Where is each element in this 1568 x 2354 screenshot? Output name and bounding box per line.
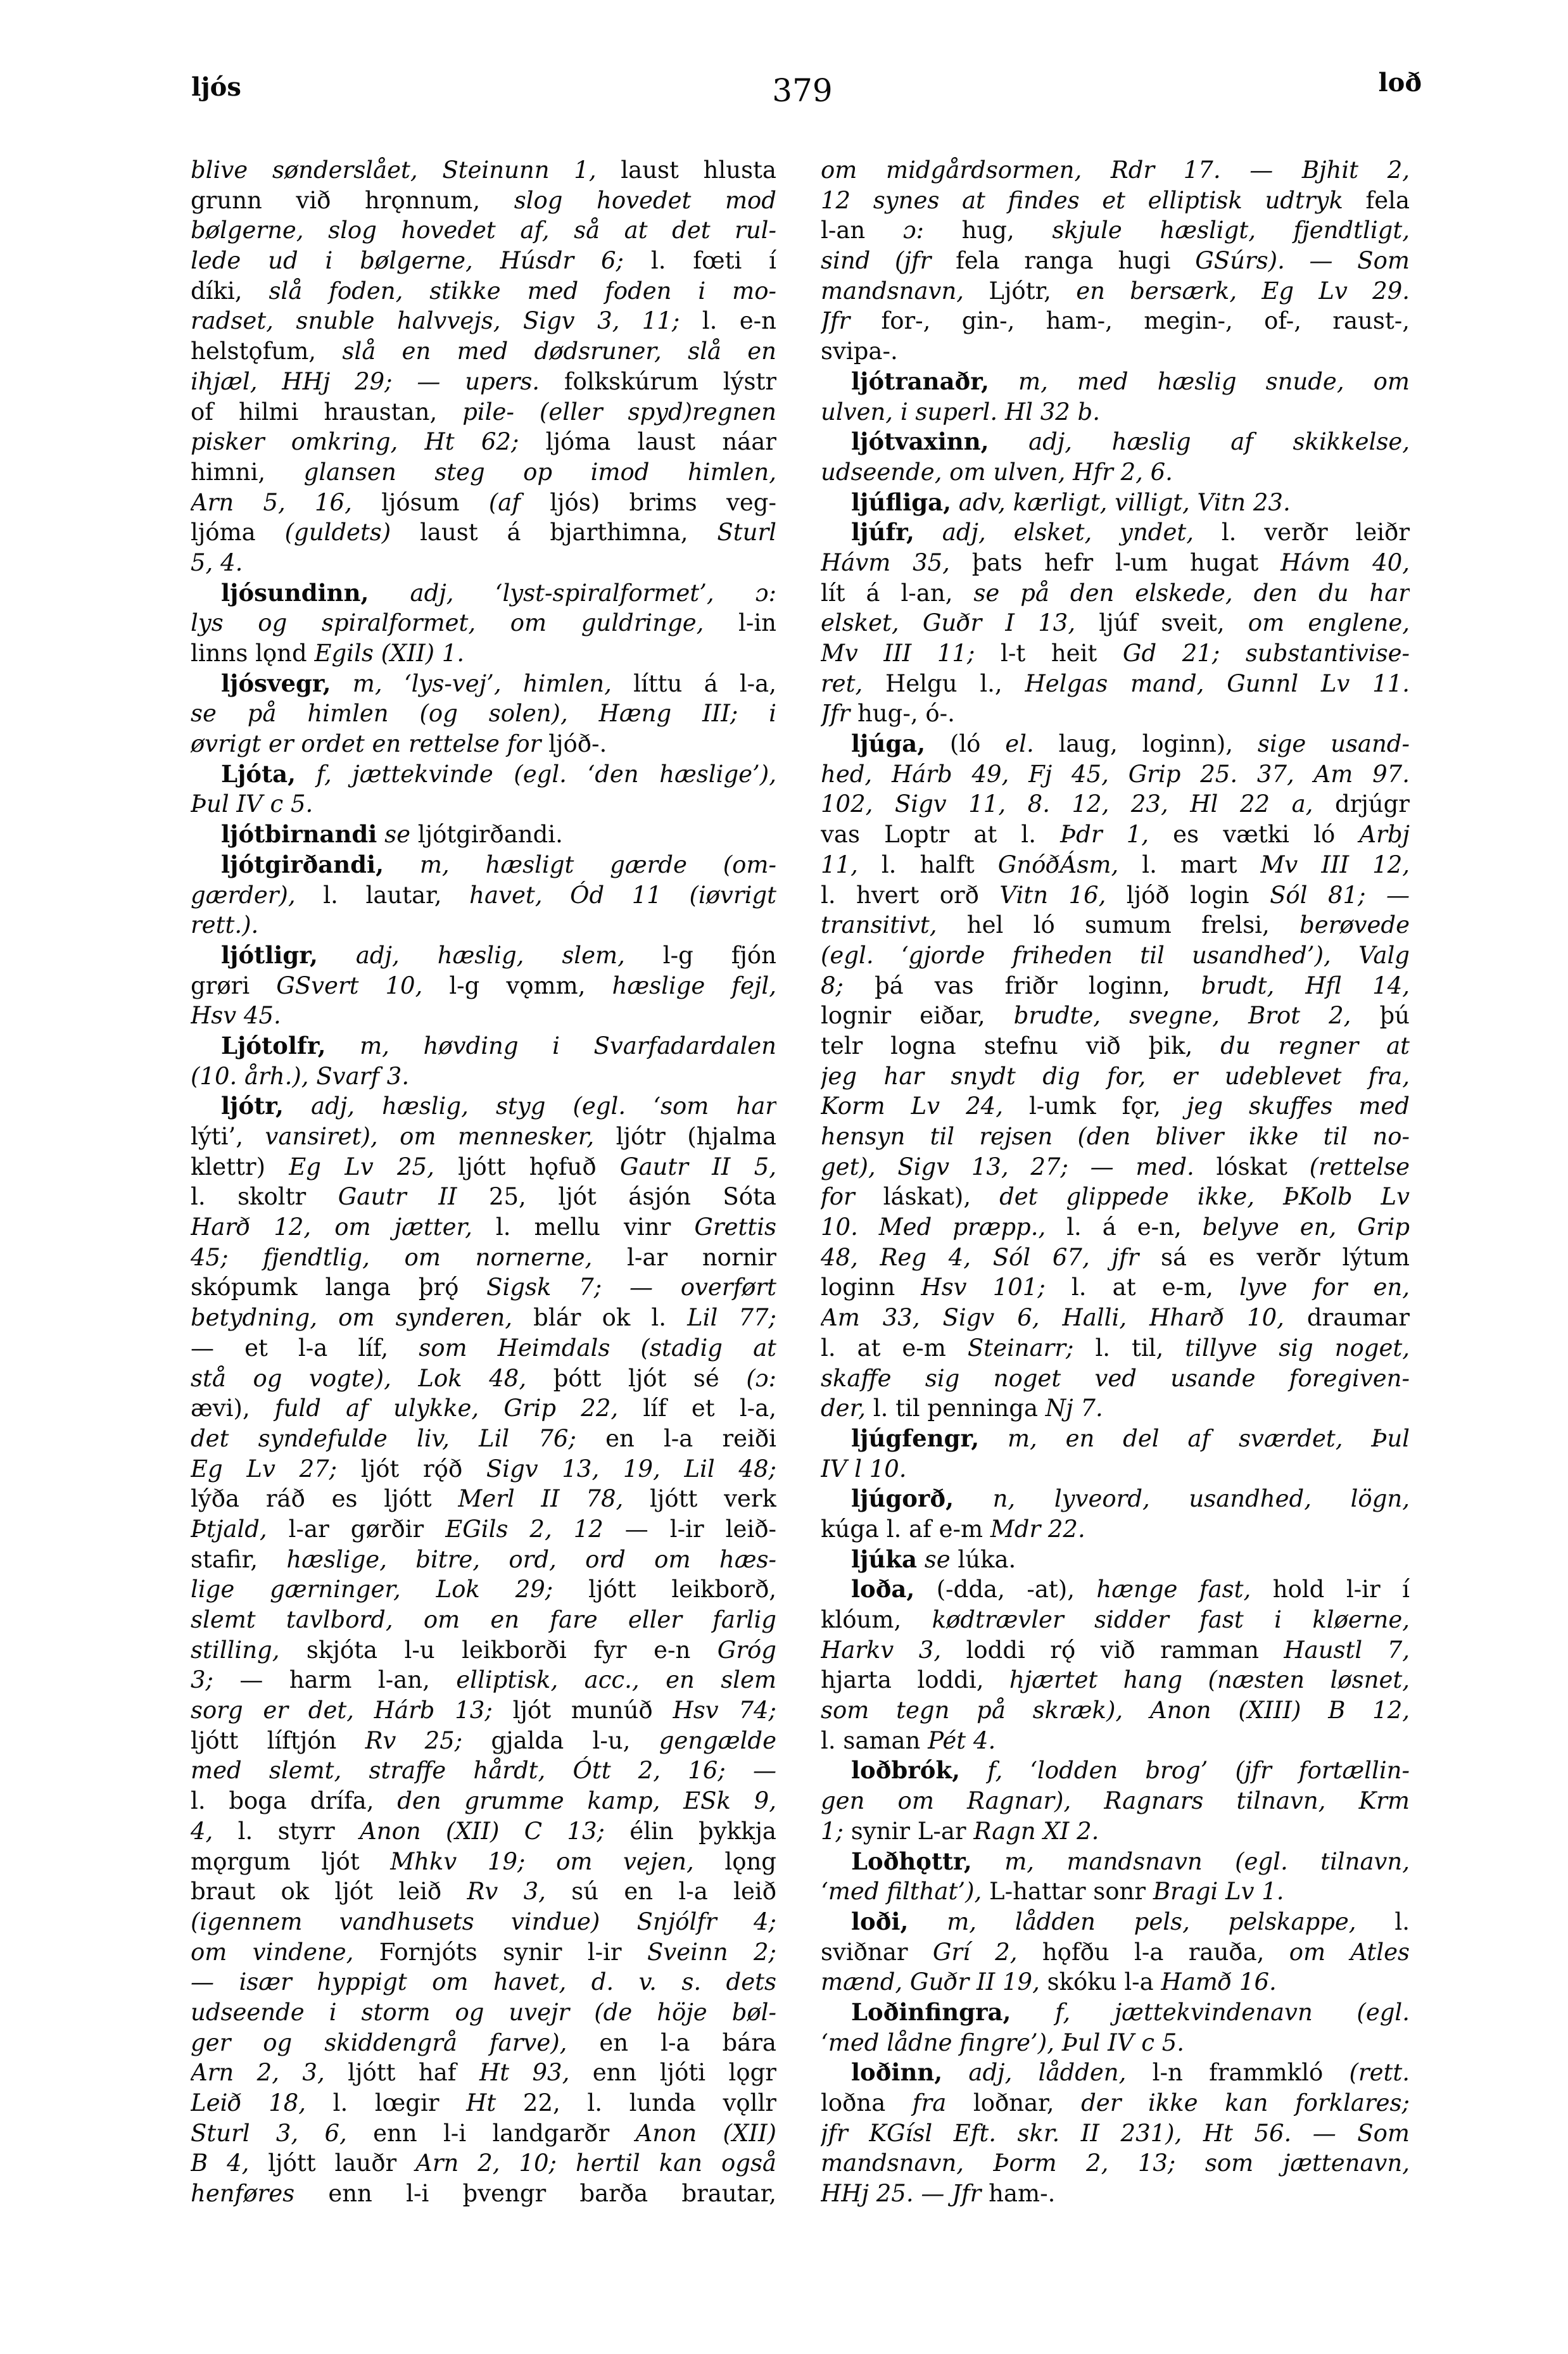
text-line: hed, Hárb 49, Fj 45, Grip 25. 37, Am 97. [821,759,1410,790]
italic-text: hænge fast, [1096,1576,1251,1603]
italic-text: sind (jfr [821,247,931,274]
text-line: Hsv 45. [191,1001,776,1031]
italic-text: slog hovedet mod [514,187,776,214]
headword: ljótvaxinn, [851,427,989,455]
roman-text: ljótt hǫfuð [434,1153,620,1180]
italic-text: hensyn til rejsen (den bliver ikke til n… [821,1123,1410,1150]
roman-text: of hilmi hraustan, [191,398,462,426]
italic-text: m, hæsligt gærde (om- [420,851,776,878]
text-line: 5, 4. [191,548,776,578]
roman-text: ljúf sveit, [1075,609,1248,636]
text-line: Arn 2, 3, ljótt haf Ht 93, enn ljóti lǫg… [191,2058,776,2088]
italic-text: m, høvding i Svarfadardalen [360,1032,776,1060]
roman-text: ljós) brims veg- [521,489,776,516]
italic-text: som Heimdals (stadig at [419,1334,776,1362]
roman-text: 22, l. lunda vǫllr [496,2089,776,2117]
italic-text: slå en med dødsruner, slå en [342,338,776,365]
italic-text: om englene, [1248,609,1410,636]
text-line: l. hvert orð Vitn 16, ljóð login Sól 81;… [821,880,1410,911]
text-line: B 4, ljótt lauðr Arn 2, 10; hertil kan o… [191,2148,776,2179]
roman-text: l-an [821,217,903,244]
italic-text: transitivt, [821,911,937,939]
roman-text: Ljótr, [964,277,1076,305]
text-line: udseende i storm og uvejr (de höje bøl- [191,1997,776,2028]
roman-text: l. e-n [680,307,776,334]
italic-text: Hsv 101; [921,1274,1045,1301]
italic-text: 11, [821,851,858,878]
italic-text: (egl. ‘gjorde friheden til usandhed’), V… [821,942,1410,969]
text-line: grøri GSvert 10, l-g vǫmm, hæslige fejl, [191,971,776,1001]
dictionary-entry: ljótgirðandi, m, hæsligt gærde (om-gærde… [191,850,776,940]
text-line: øvrigt er ordet en rettelse for ljóð-. [191,729,776,759]
text-line: Þtjald, l-ar gørðir EGils 2, 12 — l-ir l… [191,1514,776,1545]
roman-text: en l-a reiði [576,1425,776,1452]
roman-text: þats hefr l-um hugat [950,549,1280,576]
italic-text: fuld af ulykke, Grip 22, [275,1395,618,1422]
headword: ljósvegr, [221,669,331,697]
text-line: vas Loptr at l. Þdr 1, es vætki ló Arbj [821,819,1410,850]
roman-text: (ló [925,730,1005,757]
headword: ljótr, [221,1092,284,1120]
roman-text: ljótt leikborð, [553,1576,776,1603]
roman-text: ljótt líftjón [191,1727,365,1754]
italic-text: Arn 2, 10; hertil kan også [415,2149,776,2177]
roman-text [954,1485,993,1512]
text-line: (10. årh.), Svarf 3. [191,1061,776,1092]
italic-text: el. [1005,730,1034,757]
text-line: henføres enn l-i þvengr barða brautar, [191,2179,776,2209]
roman-text: draumar [1284,1304,1410,1331]
roman-text: Helgu l., [863,670,1025,697]
dictionary-entry: loði, m, lådden pels, pelskappe, l.sviðn… [821,1907,1410,1997]
italic-text: adv, kærligt, villigt, Vitn 23. [959,489,1291,516]
italic-text: stå og vogte), Lok 48, [191,1365,526,1392]
roman-text: hǫfðu l-a rauða, [1018,1939,1289,1966]
text-line: skópumk langa þrǫ́ Sigsk 7; — overført [191,1272,776,1303]
text-line: stafir, hæslige, bitre, ord, ord om hæs- [191,1545,776,1575]
roman-text: Fornjóts synir l-ir [353,1939,647,1966]
headword: Ljóta, [221,760,296,788]
roman-text: linns lǫnd [191,640,314,667]
roman-text: l. lœgir [306,2089,466,2117]
roman-text: lǫng [694,1848,776,1875]
italic-text: Arn 2, 3, [191,2059,325,2086]
italic-text: B 4, [191,2149,249,2177]
italic-text: Grí 2, [933,1939,1018,1966]
italic-text: se [384,821,410,848]
roman-text: sá es verðr lýtum [1139,1244,1410,1271]
italic-text: jeg har snydt dig for, er udeblevet fra, [821,1063,1410,1090]
italic-text: Hsv 45. [191,1002,281,1029]
roman-text: braut ok ljót leið [191,1878,467,1905]
italic-text: — især hyppigt om havet, d. v. s. dets [191,1968,776,1996]
italic-text: brudt, Hfl 14, [1201,972,1410,999]
dictionary-entry: ljósvegr, m, ‘lys-vej’, himlen, líttu á … [191,669,776,759]
roman-text [989,368,1018,395]
italic-text: (10. årh.), Svarf 3. [191,1063,409,1090]
italic-text: Merl II 78, [458,1485,623,1512]
dictionary-entry: Ljótolfr, m, høvding i Svarfadardalen(10… [191,1031,776,1091]
italic-text: elliptisk, acc., en slem [456,1666,776,1693]
text-line: Loðhǫttr, m, mandsnavn (egl. tilnavn, [821,1847,1410,1877]
italic-text: adj, hæslig, slem, [356,942,625,969]
italic-text: brudte, svegne, Brot 2, [1014,1002,1351,1029]
text-line: ljótligr, adj, hæslig, slem, l-g fjón [191,940,776,971]
italic-text: gen om Ragnar), Ragnars tilnavn, Krm [821,1787,1410,1814]
roman-text: ljóma laust náar [519,428,776,455]
italic-text: den grumme kamp, ESk 9, [397,1787,776,1814]
headword: ljúfr, [851,518,914,546]
italic-text: hjærtet hang (næsten løsnet, [1009,1666,1410,1693]
italic-text: Anon (XII) C 13; [360,1818,605,1845]
italic-text: blive sønderslået, Steinunn 1, [191,156,597,184]
roman-text [972,1848,1004,1875]
text-line: for láskat), det glippede ikke, ÞKolb Lv [821,1182,1410,1212]
italic-text: m, en del af sværdet, Þul [1008,1425,1410,1452]
roman-text: — harm l-an, [213,1666,456,1693]
text-line: Leið 18, l. lœgir Ht 22, l. lunda vǫllr [191,2088,776,2118]
italic-text: lys og spiralformet, om guldringe, [191,609,704,636]
roman-text: skópumk langa þrǫ́ [191,1274,486,1301]
text-line: rett.). [191,910,776,940]
roman-text: ljótt lauðr [249,2149,415,2177]
roman-text: l-in [704,609,776,636]
roman-text [296,761,317,788]
text-line: ljúga, (ló el. laug, loginn), sige usand… [821,729,1410,759]
text-line: 1; synir L-ar Ragn XI 2. [821,1816,1410,1847]
text-line: (igennem vandhusets vindue) Snjólfr 4; [191,1907,776,1937]
roman-text: l. fœti í [624,247,776,274]
text-line: loðbrók, f, ‘lodden brog’ (jfr fortællin… [821,1756,1410,1786]
text-line: Jfr for-, gin-, ham-, megin-, of-, raust… [821,306,1410,336]
dictionary-entry: loðbrók, f, ‘lodden brog’ (jfr fortællin… [821,1756,1410,1846]
roman-text: himni, [191,459,304,486]
roman-text: ljótt haf [325,2059,479,2086]
roman-text: svipa-. [821,338,898,365]
italic-text: ‘med lådne fingre’), Þul IV c 5. [821,2029,1184,2056]
italic-text: henføres [191,2180,294,2207]
roman-text [917,1546,925,1573]
text-line: pisker omkring, Ht 62; ljóma laust náar [191,427,776,457]
roman-text: l. lautar, [296,882,470,909]
text-line: lede ud i bølgerne, Húsdr 6; l. fœti í [191,246,776,276]
text-line: loðinn, adj, lådden, l-n frammkló (rett. [821,2058,1410,2088]
italic-text: ‘med filthat’), [821,1878,982,1905]
italic-text: Jfr [821,307,850,334]
text-line: ihjæl, HHj 29; — upers. folkskúrum lýstr [191,367,776,397]
text-line: Ljótolfr, m, høvding i Svarfadardalen [191,1031,776,1061]
roman-text: es vætki ló [1149,821,1359,848]
italic-text: øvrigt er ordet en rettelse for [191,730,541,757]
dictionary-entry: ljótvaxinn, adj, hæslig af skikkelse,uds… [821,427,1410,487]
italic-text: 48, Reg 4, Sól 67, jfr [821,1244,1139,1271]
italic-text: Pét 4. [928,1727,996,1754]
roman-text: vas Loptr at l. [821,821,1060,848]
italic-text: Sigsk 7; — overført [486,1274,776,1301]
italic-text: elsket, Guðr I 13, [821,609,1075,636]
italic-text: om midgårdsormen, Rdr 17. — Bjhit 2, [821,156,1410,184]
headword: ljótgirðandi, [221,851,384,878]
italic-text: ɔ: [903,217,924,244]
italic-text: Egils (XII) 1. [314,640,464,667]
headword: ljúka [851,1545,917,1573]
italic-text: der, [821,1395,866,1422]
text-line: ljótt líftjón Rv 25; gjalda l-u, gengæld… [191,1726,776,1756]
italic-text: n, lyveord, usandhed, lögn, [993,1485,1410,1512]
italic-text: betydning, om synderen, [191,1304,512,1331]
text-line: Hávm 35, þats hefr l-um hugat Hávm 40, [821,548,1410,578]
italic-text: mandsnavn, [821,277,964,305]
page-number: 379 [739,75,866,106]
text-line: ævi), fuld af ulykke, Grip 22, líf et l-… [191,1393,776,1424]
italic-text: Hamð 16. [1161,1968,1276,1996]
text-line: 45; fjendtlig, om nornerne, l-ar nornir [191,1243,776,1273]
italic-text: get), Sigv 13, 27; — med. [821,1153,1194,1180]
text-line: 8; þá vas friðr loginn, brudt, Hfl 14, [821,971,1410,1001]
text-line: ljósundinn, adj, ‘lyst-spiralformet’, ɔ: [191,578,776,609]
dictionary-entry: Ljóta, f, jættekvinde (egl. ‘den hæslige… [191,759,776,819]
headword: Loðhǫttr, [851,1847,972,1875]
italic-text: Hsv 74; [673,1697,777,1724]
italic-text: Gautr II [338,1183,457,1210]
headword: ljótranaðr, [851,367,989,395]
roman-text [377,821,384,848]
roman-text [942,2059,968,2086]
italic-text: Sól 81; — [1270,882,1410,909]
italic-text: Helgas mand, Gunnl Lv 11. [1025,670,1410,697]
italic-text: Harð 12, om jætter, [191,1213,472,1241]
text-line: ljótgirðandi, m, hæsligt gærde (om- [191,850,776,880]
text-line: ger og skiddengrå farve), en l-a bára [191,2028,776,2058]
roman-text [326,1032,360,1060]
italic-text: jfr KGísl Eft. skr. II 231), Ht 56. — So… [821,2120,1410,2147]
italic-text: se på himlen (og solen), Hæng III; i [191,700,776,727]
headword: loðinn, [851,2058,942,2086]
roman-text: ljótt verk [623,1485,776,1512]
text-line: jfr KGísl Eft. skr. II 231), Ht 56. — So… [821,2118,1410,2149]
italic-text: Hávm 40, [1280,549,1410,576]
italic-text: hed, Hárb 49, Fj 45, Grip 25. 37, Am 97. [821,761,1410,788]
roman-text: l. mart [1118,851,1260,878]
italic-text: Eg Lv 27; [191,1455,337,1483]
dictionary-entry: Loðhǫttr, m, mandsnavn (egl. tilnavn,‘me… [821,1847,1410,1907]
roman-text: ljóma [191,519,285,546]
italic-text: 45; fjendtlig, om nornerne, [191,1244,592,1271]
text-line: l-an ɔ: hug, skjule hæsligt, fjendtligt, [821,215,1410,246]
italic-text: Gróg [718,1636,776,1664]
italic-text: havet, Ód 11 (iøvrigt [469,882,776,909]
italic-text: gengælde [659,1727,776,1754]
left-guideword: ljós [191,75,241,100]
roman-text: l. saman [821,1727,928,1754]
italic-text: for [821,1183,855,1210]
text-line: stilling, skjóta l-u leikborði fyr e-n G… [191,1635,776,1666]
italic-text: EGils 2, 12 [445,1516,604,1543]
italic-text: 12 synes at findes et elliptisk udtryk [821,187,1343,214]
text-line: sind (jfr fela ranga hugi GSúrs). — Som [821,246,1410,276]
text-line: klettr) Eg Lv 25, ljótt hǫfuð Gautr II 5… [191,1152,776,1182]
dictionary-entry: ljúgfengr, m, en del af sværdet, ÞulIV l… [821,1424,1410,1484]
text-line: l. boga drífa, den grumme kamp, ESk 9, [191,1786,776,1816]
roman-text: ljótgirðandi. [410,821,563,848]
text-line: telr logna stefnu við þik, du regner at [821,1031,1410,1061]
italic-text: Mv III 11; [821,640,975,667]
italic-text: mænd, Guðr II 19, [821,1968,1040,1996]
text-line: 102, Sigv 11, 8. 12, 23, Hl 22 a, drjúgr [821,789,1410,819]
italic-text: Eg Lv 25, [289,1153,434,1180]
dictionary-entry: ljúga, (ló el. laug, loginn), sige usand… [821,729,1410,1424]
italic-text: f, jættekvinde (egl. ‘den hæslige’), [317,761,776,788]
roman-text: l-ar nornir [592,1244,776,1271]
text-line: — især hyppigt om havet, d. v. s. dets [191,1967,776,1997]
text-line: skaffe sig noget ved usande foregiven- [821,1364,1410,1394]
roman-text: klóum, [821,1606,932,1633]
dictionary-entry: ljótbirnandi se ljótgirðandi. [191,819,776,850]
italic-text: Gd 21; substantivise- [1123,640,1410,667]
italic-text: se [925,1546,951,1573]
roman-text: skóku l-a [1040,1968,1161,1996]
roman-text: enn l-i þvengr barða brautar, [294,2180,776,2207]
italic-text: 3; [191,1666,213,1693]
roman-text: fela [1343,187,1410,214]
roman-text: klettr) [191,1153,289,1180]
italic-text: adj, hæslig af skikkelse, [1028,428,1410,455]
roman-text: l. skoltr [191,1183,338,1210]
text-line: gærder), l. lautar, havet, Ód 11 (iøvrig… [191,880,776,911]
italic-text: GSúrs). — Som [1195,247,1410,274]
roman-text: mǫrgum ljót [191,1848,390,1875]
text-line: HHj 25. — Jfr ham-. [821,2179,1410,2209]
roman-text: drjúgr [1313,790,1410,818]
italic-text: glansen steg op imod himlen, [304,459,776,486]
italic-text: du regner at [1220,1032,1410,1060]
italic-text: lige gærninger, Lok 29; [191,1576,553,1603]
italic-text: GnóðÁsm, [998,851,1119,878]
italic-text: hæslige fejl, [612,972,776,999]
dictionary-entry: ljúgorð, n, lyveord, usandhed, lögn,kúga… [821,1484,1410,1544]
italic-text: Mhkv 19; om vejen, [390,1848,693,1875]
roman-text: enn l-i landgarðr [347,2120,636,2147]
dictionary-entry: loða, (-dda, -at), hænge fast, hold l-ir… [821,1574,1410,1756]
text-line: lys og spiralformet, om guldringe, l-in [191,608,776,638]
text-line: Am 33, Sigv 6, Halli, Hharð 10, draumar [821,1303,1410,1333]
italic-text: mandsnavn, Þorm 2, 13; som jættenavn, [821,2149,1410,2177]
roman-text: — l-ir leið- [604,1516,776,1543]
italic-text: Grettis [694,1213,776,1241]
text-line: ljótranaðr, m, med hæslig snude, om [821,367,1410,397]
italic-text: Bragi Lv 1. [1153,1878,1284,1905]
roman-text: loddi rǫ́ við ramman [941,1636,1284,1664]
italic-text: belyve en, Grip [1203,1213,1410,1241]
italic-text: 10. Med præpp., [821,1213,1046,1241]
headword: ljótbirnandi [221,820,377,848]
text-line: lýða ráð es ljótt Merl II 78, ljótt verk [191,1484,776,1514]
text-line: ljúgorð, n, lyveord, usandhed, lögn, [821,1484,1410,1514]
italic-text: radset, snuble halvvejs, Sigv 3, 11; [191,307,680,334]
italic-text: Sigv 13, 19, Lil 48; [486,1455,776,1483]
italic-text: Þul IV c 5. [191,790,313,818]
roman-text [284,1092,311,1120]
italic-text: hæslige, bitre, ord, ord om hæs- [286,1546,776,1573]
roman-text: láskat), [855,1183,999,1210]
text-line: himni, glansen steg op imod himlen, [191,457,776,488]
text-line: mænd, Guðr II 19, skóku l-a Hamð 16. [821,1967,1410,1997]
italic-text: slå foden, stikke med foden i mo- [269,277,776,305]
italic-text: Þdr 1, [1060,821,1149,848]
dictionary-entry: ljúka se lúka. [821,1545,1410,1575]
italic-text: f, ‘lodden brog’ (jfr fortællin- [987,1757,1410,1784]
text-line: ljúfliga, adv, kærligt, villigt, Vitn 23… [821,488,1410,518]
italic-text: skjule hæsligt, fjendtligt, [1052,217,1410,244]
dictionary-entry: loðinn, adj, lådden, l-n frammkló (rett.… [821,2058,1410,2208]
roman-text: l. til penninga [866,1395,1046,1422]
roman-text: élin þykkja [605,1818,776,1845]
italic-text: om vindene, [191,1939,353,1966]
text-line: 10. Med præpp., l. á e-n, belyve en, Gri… [821,1212,1410,1243]
italic-text: Rv 3, [467,1878,545,1905]
italic-text: Am 33, Sigv 6, Halli, Hharð 10, [821,1304,1284,1331]
text-line: loði, m, lådden pels, pelskappe, l. [821,1907,1410,1937]
text-line: om vindene, Fornjóts synir l-ir Sveinn 2… [191,1937,776,1968]
italic-text: rett.). [191,911,258,939]
roman-text: lóskat [1194,1153,1310,1180]
headword: loðbrók, [851,1756,960,1784]
italic-text: sorg er det, Hárb 13; [191,1697,493,1724]
italic-text: (igennem vandhusets vindue) Snjólfr 4; [191,1908,776,1935]
roman-text: lít á l-an, [821,579,973,607]
text-line: — et l-a líf, som Heimdals (stadig at [191,1333,776,1364]
italic-text: m, ‘lys-vej’, himlen, [353,670,612,697]
headword: ljúgorð, [851,1484,954,1512]
italic-text: 1; [821,1818,844,1845]
roman-text: loginn [821,1274,921,1301]
italic-text: vansiret), om mennesker, [265,1123,594,1150]
roman-text: gjalda l-u, [462,1727,659,1754]
headword: Ljótolfr, [221,1032,326,1060]
text-line: ljúfr, adj, elsket, yndet, l. verðr leið… [821,517,1410,548]
text-line: sviðnar Grí 2, hǫfðu l-a rauða, om Atles [821,1937,1410,1968]
text-line: ‘med lådne fingre’), Þul IV c 5. [821,2028,1410,2058]
text-line: ljótvaxinn, adj, hæslig af skikkelse, [821,427,1410,457]
headword: loði, [851,1908,908,1935]
text-line: gen om Ragnar), Ragnars tilnavn, Krm [821,1786,1410,1816]
text-line: som tegn på skræk), Anon (XIII) B 12, [821,1695,1410,1726]
roman-text: hjarta loddi, [821,1666,1009,1693]
roman-text: blár ok l. [512,1304,687,1331]
roman-text: l-t heit [975,640,1122,667]
text-line: IV l 10. [821,1454,1410,1484]
roman-text: ljótr (hjalma [594,1123,776,1150]
roman-text: loðnar, [946,2089,1081,2117]
text-line: mandsnavn, Þorm 2, 13; som jættenavn, [821,2148,1410,2179]
italic-text: der ikke kan forklares; [1081,2089,1410,2117]
roman-text: ljót rǫ́ð [337,1455,486,1483]
italic-text: Sturl [717,519,776,546]
dictionary-entry: ljúfr, adj, elsket, yndet, l. verðr leið… [821,517,1410,729]
roman-text: hold l-ir í [1251,1576,1410,1603]
roman-text: díki, [191,277,269,305]
roman-text: laust hlusta [597,156,776,184]
roman-text: l. til, [1074,1334,1185,1362]
text-line: Korm Lv 24, l-umk fǫr, jeg skuffes med [821,1091,1410,1122]
roman-text: lýða ráð es ljótt [191,1485,458,1512]
text-line: 4, l. styrr Anon (XII) C 13; élin þykkja [191,1816,776,1847]
roman-text: — et l-a líf, [191,1334,419,1362]
roman-text: for-, gin-, ham-, megin-, of-, raust-, [850,307,1410,334]
roman-text: líttu á l-a, [612,670,776,697]
roman-text: ham-. [981,2180,1055,2207]
dictionary-entry: ljótligr, adj, hæslig, slem, l-g fjóngrø… [191,940,776,1031]
